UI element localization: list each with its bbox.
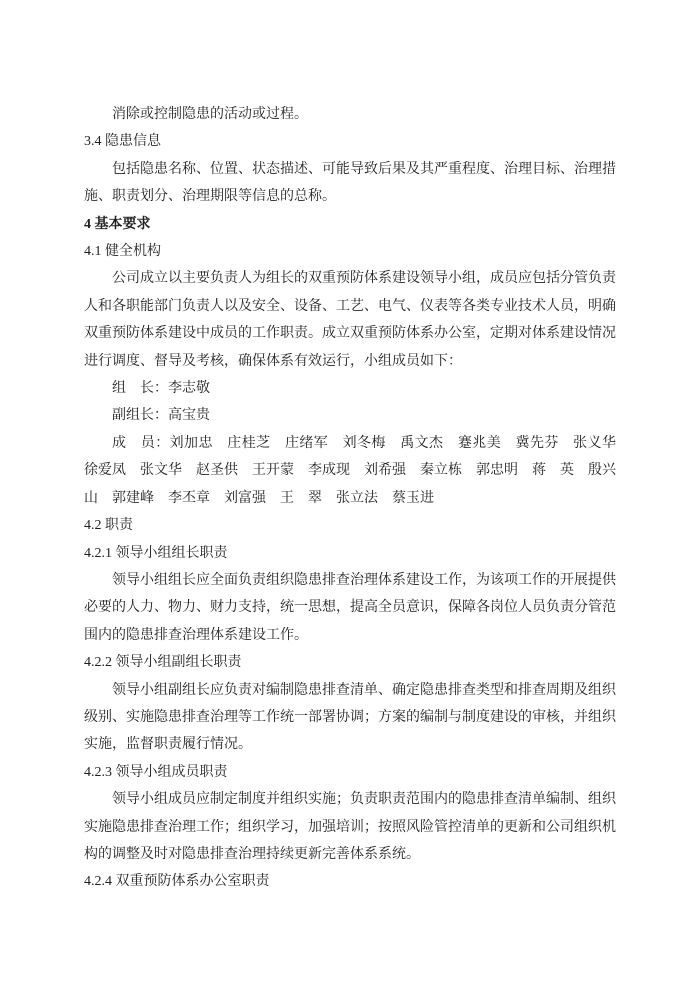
heading-4-basic-requirements: 4 基本要求 [84,211,616,238]
heading-4-2-2-deputy-duties: 4.2.2 领导小组副组长职责 [84,649,616,676]
heading-3-4-hazard-info: 3.4 隐患信息 [84,128,616,155]
heading-4-2-4-office-duties: 4.2.4 双重预防体系办公室职责 [84,868,616,895]
paragraph-member-duties: 领导小组成员应制定制度并组织实施；负责职责范围内的隐患排查清单编制、组织实施隐患… [84,786,616,868]
paragraph-leader-duties: 领导小组组长应全面负责组织隐患排查治理体系建设工作，为该项工作的开展提供必要的人… [84,567,616,649]
heading-4-2-duties: 4.2 职责 [84,512,616,539]
heading-4-2-3-member-duties: 4.2.3 领导小组成员职责 [84,759,616,786]
paragraph-members-list: 成 员：刘加忠 庄桂芝 庄绪军 刘冬梅 禹文杰 蹇兆美 冀先芬 张义华 徐爱凤 … [84,430,616,512]
heading-4-1-organization: 4.1 健全机构 [84,238,616,265]
heading-4-2-1-leader-duties: 4.2.1 领导小组组长职责 [84,540,616,567]
paragraph-hazard-info-definition: 包括隐患名称、位置、状态描述、可能导致后果及其严重程度、治理目标、治理措施、职责… [84,156,616,211]
paragraph-deputy-duties: 领导小组副组长应负责对编制隐患排查清单、确定隐患排查类型和排查周期及组织级别、实… [84,677,616,759]
paragraph-leading-group-setup: 公司成立以主要负责人为组长的双重预防体系建设领导小组，成员应包括分管负责人和各职… [84,265,616,375]
document-page: 消除或控制隐患的活动或过程。 3.4 隐患信息 包括隐患名称、位置、状态描述、可… [0,0,700,990]
paragraph-group-leader: 组 长：李志敬 [84,375,616,402]
paragraph-eliminate-control-hazards: 消除或控制隐患的活动或过程。 [84,101,616,128]
paragraph-deputy-leader: 副组长：高宝贵 [84,402,616,429]
page-content: 消除或控制隐患的活动或过程。 3.4 隐患信息 包括隐患名称、位置、状态描述、可… [84,101,616,896]
